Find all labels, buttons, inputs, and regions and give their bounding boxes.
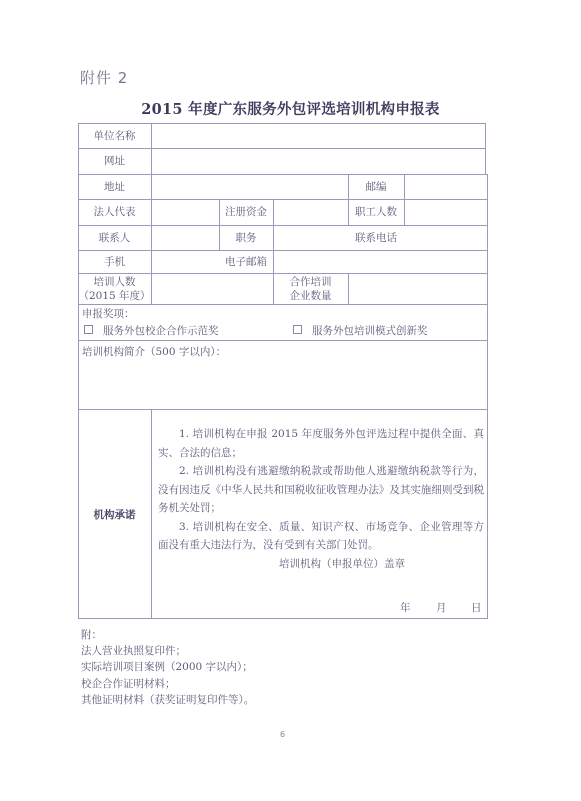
attachments-heading: 附： (81, 627, 254, 643)
email-label: 电子邮箱 (219, 255, 273, 269)
table-border-bottom (78, 618, 488, 619)
phone-label: 联系电话 (348, 231, 404, 245)
reg-capital-field[interactable] (274, 200, 348, 225)
awards-heading: 申报奖项： (82, 307, 135, 321)
website-field[interactable] (152, 149, 485, 174)
seal-text: 培训机构（申报单位）盖章 (279, 557, 405, 571)
attachment-label: 附件 2 (80, 67, 128, 88)
mobile-field[interactable] (152, 251, 219, 273)
partners-label-line2: 企业数量 (273, 289, 348, 303)
date-month: 月 (436, 601, 447, 615)
website-label: 网址 (78, 154, 151, 168)
page-number: 6 (280, 730, 285, 739)
row-divider (78, 340, 488, 341)
checkbox-icon[interactable] (84, 325, 93, 334)
date-day: 日 (471, 601, 482, 615)
intro-textarea[interactable] (79, 360, 487, 409)
trainees-field[interactable] (152, 274, 273, 304)
commitment-label: 机构承诺 (78, 508, 151, 522)
col-divider (151, 409, 152, 618)
commitment-item-3: 3. 培训机构在安全、质量、知识产权、市场竞争、企业管理等方面没有重大违法行为，… (158, 518, 484, 555)
partners-field[interactable] (349, 274, 487, 304)
checkbox-icon[interactable] (293, 325, 302, 334)
commitment-item-2: 2. 培训机构没有逃避缴纳税款或帮助他人逃避缴纳税款等行为，没有因违反《中华人民… (158, 462, 484, 518)
legal-rep-field[interactable] (152, 200, 219, 225)
date-year: 年 (400, 601, 411, 615)
employees-field[interactable] (405, 200, 487, 225)
mobile-label: 手机 (78, 255, 151, 269)
postcode-label: 邮编 (348, 180, 404, 194)
phone-field[interactable] (405, 226, 487, 250)
trainees-label-line1: 培训人数 (78, 275, 151, 289)
email-field[interactable] (274, 251, 487, 273)
attachment-item: 校企合作证明材料； (81, 676, 254, 692)
trainees-label-line2: （2015 年度） (76, 289, 153, 303)
table-border-right-lower (487, 174, 488, 618)
address-label: 地址 (78, 180, 151, 194)
partners-label-line1: 合作培训 (273, 275, 348, 289)
position-label: 职务 (219, 231, 273, 245)
row-divider (78, 304, 488, 305)
attachment-item: 实际培训项目案例（2000 字以内）； (81, 659, 254, 675)
unit-name-label: 单位名称 (78, 129, 151, 143)
contact-label: 联系人 (78, 231, 151, 245)
reg-capital-label: 注册资金 (219, 205, 273, 219)
award-option-label: 服务外包培训模式创新奖 (312, 325, 428, 337)
attachment-item: 其他证明材料（获奖证明复印件等）。 (81, 692, 254, 708)
contact-field[interactable] (152, 226, 219, 250)
legal-rep-label: 法人代表 (78, 205, 151, 219)
commitment-items: 1. 培训机构在申报 2015 年度服务外包评选过程中提供全面、真实、合法的信息… (158, 425, 484, 555)
document-title: 2015 年度广东服务外包评选培训机构申报表 (0, 98, 581, 119)
intro-heading: 培训机构简介（500 字以内）： (82, 345, 226, 359)
award-option-school-enterprise[interactable]: 服务外包校企合作示范奖 (84, 324, 219, 338)
postcode-field[interactable] (405, 175, 487, 199)
unit-name-field[interactable] (152, 124, 485, 148)
attachments-list: 附： 法人营业执照复印件； 实际培训项目案例（2000 字以内）； 校企合作证明… (81, 627, 254, 708)
attachment-item: 法人营业执照复印件； (81, 643, 254, 659)
address-field[interactable] (152, 175, 348, 199)
row-divider (78, 409, 488, 410)
commitment-item-1: 1. 培训机构在申报 2015 年度服务外包评选过程中提供全面、真实、合法的信息… (158, 425, 484, 462)
award-option-training-innovation[interactable]: 服务外包培训模式创新奖 (293, 324, 428, 338)
position-field[interactable] (274, 226, 348, 250)
employees-label: 职工人数 (348, 205, 404, 219)
award-option-label: 服务外包校企合作示范奖 (103, 325, 219, 337)
